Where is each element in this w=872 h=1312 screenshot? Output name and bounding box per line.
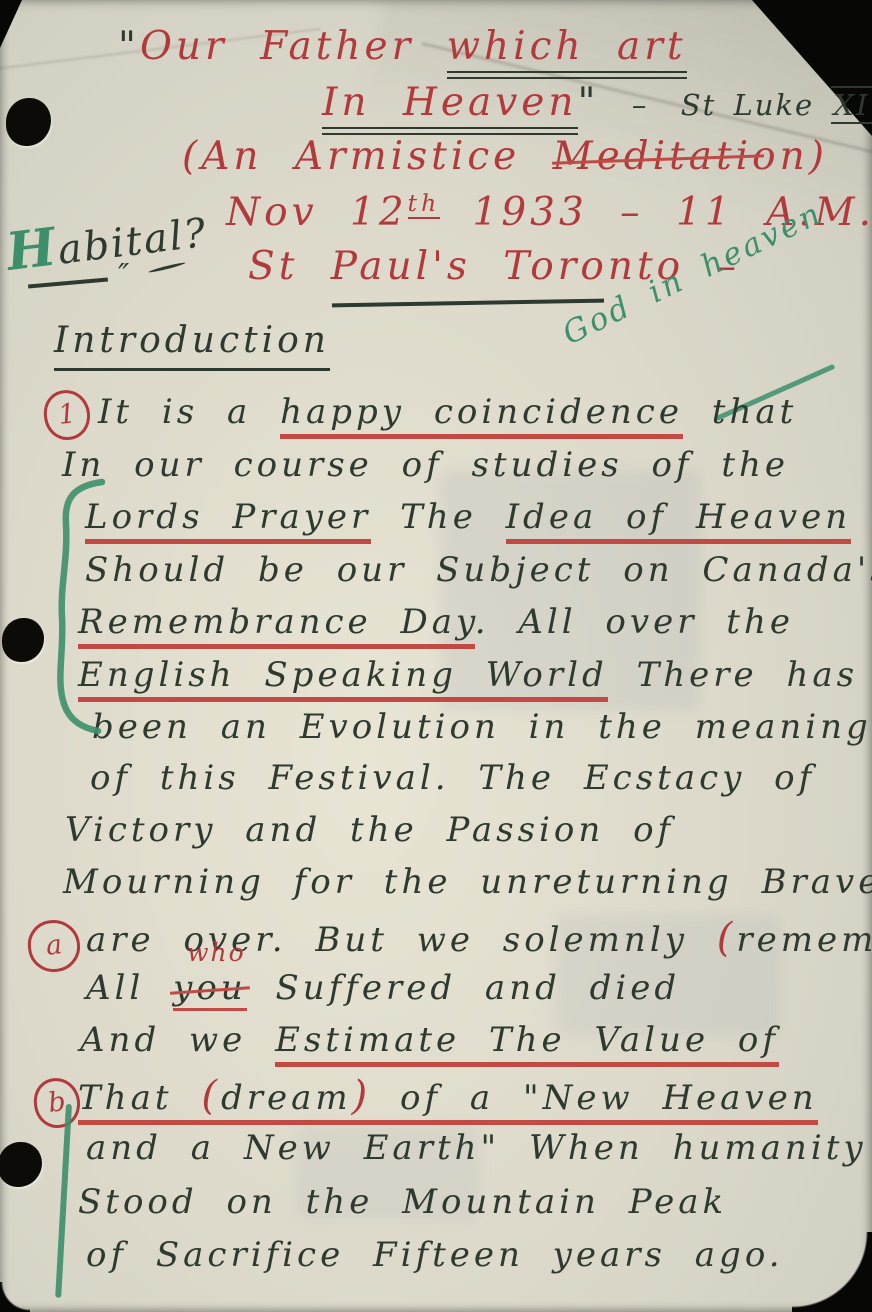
scan-corner-bottom-right (792, 1232, 872, 1312)
red-paren: ( (717, 915, 737, 961)
paragraph-marker-a: a (25, 917, 83, 975)
text-segment: . All over the (475, 602, 794, 642)
text-segment-underlined: happy coincidence (280, 392, 683, 439)
date-text: Nov 12 (226, 190, 408, 235)
title-text-underlined: In Heaven (322, 80, 578, 135)
marker-label: b (46, 1086, 67, 1119)
text-line: of this Festival. The Ecstacy of (90, 758, 815, 798)
punch-hole (2, 618, 44, 662)
text-segment: Victory and the Passion of (65, 810, 674, 850)
section-heading: Introduction (54, 320, 330, 361)
text-segment: And we (80, 1020, 275, 1060)
text-segment: you (173, 968, 247, 1008)
text-segment: been an Evolution in the meaning (92, 707, 872, 747)
scripture-reference: St Luke XI-2 (681, 86, 872, 124)
section-heading-text: Introduction (54, 320, 330, 371)
crossed-out-word: whoyou (173, 968, 247, 1011)
red-paren: ( (201, 1073, 221, 1119)
text-line: Mourning for the unreturning Brave (63, 862, 872, 902)
date-superscript: th (408, 189, 440, 219)
underline-location (332, 299, 604, 308)
dash: – (632, 88, 649, 122)
text-line: Should be our Subject on Canada's (85, 550, 872, 590)
text-segment: Should be our Subject on Canada's (85, 550, 872, 590)
text-line: In our course of studies of the (62, 445, 789, 485)
text-line: That (dream) of a "New Heaven (78, 1073, 818, 1119)
text-segment: It is a (98, 392, 280, 432)
ditto-text: ″ (118, 258, 133, 293)
text-segment: Stood on the Mountain Peak (78, 1182, 727, 1222)
text-line: All whoyou Suffered and died (86, 968, 680, 1011)
scan-corner-top-left (0, 0, 22, 48)
title-line-2: In Heaven" – St Luke XI-2 (322, 80, 872, 125)
text-line: Lords Prayer The Idea of Heaven (85, 497, 851, 537)
paragraph-marker-1: 1 (41, 387, 93, 442)
underlined-phrase: That (dream) of a "New Heaven (78, 1078, 818, 1125)
closing-quote: " (578, 80, 600, 125)
text-line: It is a happy coincidence that (98, 392, 797, 432)
text-line: English Speaking World There has (78, 655, 858, 695)
green-margin-line (55, 1104, 72, 1298)
text-segment: and a New Earth" When humanity (86, 1128, 867, 1168)
paragraph-marker-b: b (31, 1075, 83, 1130)
text-line: and a New Earth" When humanity (86, 1128, 867, 1168)
scripture-book: St Luke (681, 88, 832, 122)
ditto-marks: ″ (118, 258, 133, 293)
text-segment: are over. But we solemnly (86, 920, 717, 960)
marker-label: 1 (57, 398, 78, 431)
punch-hole (6, 98, 51, 146)
correction-who: who (187, 938, 246, 967)
title-text-underlined: which art (447, 24, 687, 79)
text-segment-underlined: Lords Prayer (85, 497, 371, 544)
text-segment: All (86, 968, 173, 1008)
green-margin-brace (44, 476, 114, 738)
text-line: been an Evolution in the meaning (92, 707, 872, 747)
text-line: Stood on the Mountain Peak (78, 1182, 727, 1222)
punch-hole (0, 1142, 42, 1187)
text-segment: There has (608, 655, 858, 695)
opening-quote: " (118, 24, 140, 69)
text-segment: The (371, 497, 505, 537)
red-paren: ) (352, 1073, 372, 1119)
text-segment: That (78, 1078, 201, 1118)
text-line: And we Estimate The Value of (80, 1020, 779, 1060)
text-line: Victory and the Passion of (65, 810, 674, 850)
text-segment: Suffered and died (247, 968, 681, 1008)
text-segment-underlined: Idea of Heaven (506, 497, 852, 544)
marker-label: a (44, 929, 64, 962)
title-line-1: "Our Father which art (118, 24, 687, 69)
text-segment-underlined: English Speaking World (78, 655, 608, 702)
text-segment-underlined: Remembrance Day (78, 602, 475, 649)
margin-note: Habital? (3, 198, 210, 283)
text-segment: dream (221, 1078, 352, 1118)
text-segment: Mourning for the unreturning Brave (63, 862, 872, 902)
text-line: Remembrance Day. All over the (78, 602, 794, 642)
scripture-chapter: XI (831, 86, 871, 124)
text-line: of Sacrifice Fifteen years ago. (86, 1235, 784, 1275)
text-segment: of a "New Heaven (371, 1078, 817, 1118)
text-segment: that (683, 392, 797, 432)
margin-note-initial: H (3, 216, 61, 283)
title-text: Our Father (140, 24, 447, 69)
text-segment-underlined: Estimate The Value of (275, 1020, 779, 1067)
text-segment: of Sacrifice Fifteen years ago. (86, 1235, 784, 1275)
text-segment: In our course of studies of the (62, 445, 789, 485)
scan-corner-bottom-left (0, 1282, 30, 1312)
text-segment: remember (736, 920, 872, 960)
text-segment: of this Festival. The Ecstacy of (90, 758, 815, 798)
manuscript-page: "Our Father which art In Heaven" – St Lu… (0, 0, 872, 1312)
